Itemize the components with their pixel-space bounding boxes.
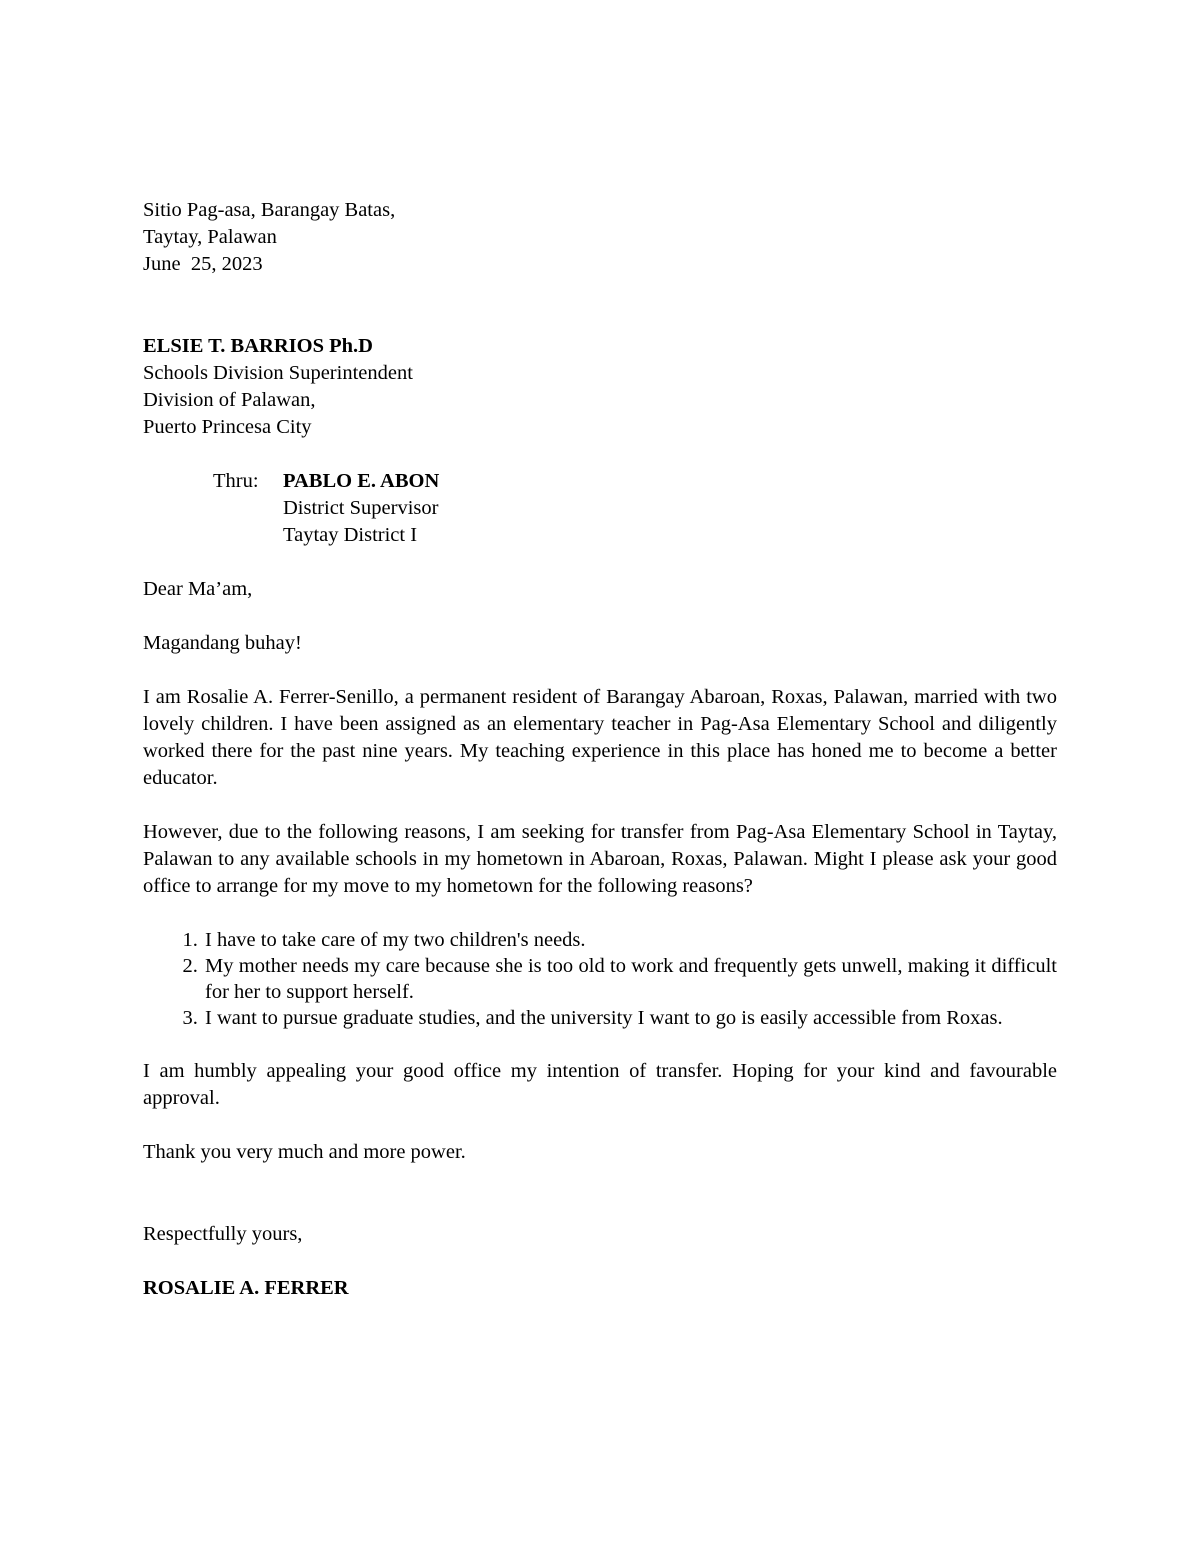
thru-name: PABLO E. ABON <box>283 468 439 495</box>
sender-address-line-2: Taytay, Palawan <box>143 224 1057 251</box>
reason-item: I have to take care of my two children's… <box>203 927 1057 953</box>
thanks-line: Thank you very much and more power. <box>143 1139 1057 1166</box>
recipient-division: Division of Palawan, <box>143 387 1057 414</box>
sender-address-line-1: Sitio Pag-asa, Barangay Batas, <box>143 197 1057 224</box>
greeting: Magandang buhay! <box>143 630 1057 657</box>
reason-item-text: I want to pursue graduate studies, and t… <box>205 1007 1003 1029</box>
sender-address-block: Sitio Pag-asa, Barangay Batas, Taytay, P… <box>143 197 1057 278</box>
thru-label: Thru: <box>213 468 283 549</box>
body-paragraph-2: However, due to the following reasons, I… <box>143 819 1057 900</box>
reasons-list: I have to take care of my two children's… <box>143 927 1057 1031</box>
thru-details: PABLO E. ABON District Supervisor Taytay… <box>283 468 439 549</box>
thru-district: Taytay District I <box>283 522 439 549</box>
complimentary-close: Respectfully yours, <box>143 1221 1057 1248</box>
reason-item-text: I have to take care of my two children's… <box>205 929 586 951</box>
reason-item: My mother needs my care because she is t… <box>203 953 1057 1005</box>
recipient-title: Schools Division Superintendent <box>143 360 1057 387</box>
thru-block: Thru: PABLO E. ABON District Supervisor … <box>213 468 1057 549</box>
body-paragraph-3: I am humbly appealing your good office m… <box>143 1058 1057 1112</box>
salutation: Dear Ma’am, <box>143 576 1057 603</box>
letter-page: Sitio Pag-asa, Barangay Batas, Taytay, P… <box>0 0 1200 1553</box>
thru-title: District Supervisor <box>283 495 439 522</box>
recipient-city: Puerto Princesa City <box>143 414 1057 441</box>
letter-date: June 25, 2023 <box>143 251 1057 278</box>
reason-item-text: My mother needs my care because she is t… <box>205 955 1057 1003</box>
reason-item: I want to pursue graduate studies, and t… <box>203 1005 1057 1031</box>
recipient-name: ELSIE T. BARRIOS Ph.D <box>143 333 1057 360</box>
body-paragraph-1: I am Rosalie A. Ferrer-Senillo, a perman… <box>143 684 1057 792</box>
recipient-block: ELSIE T. BARRIOS Ph.D Schools Division S… <box>143 333 1057 441</box>
signature-name: ROSALIE A. FERRER <box>143 1275 1057 1302</box>
